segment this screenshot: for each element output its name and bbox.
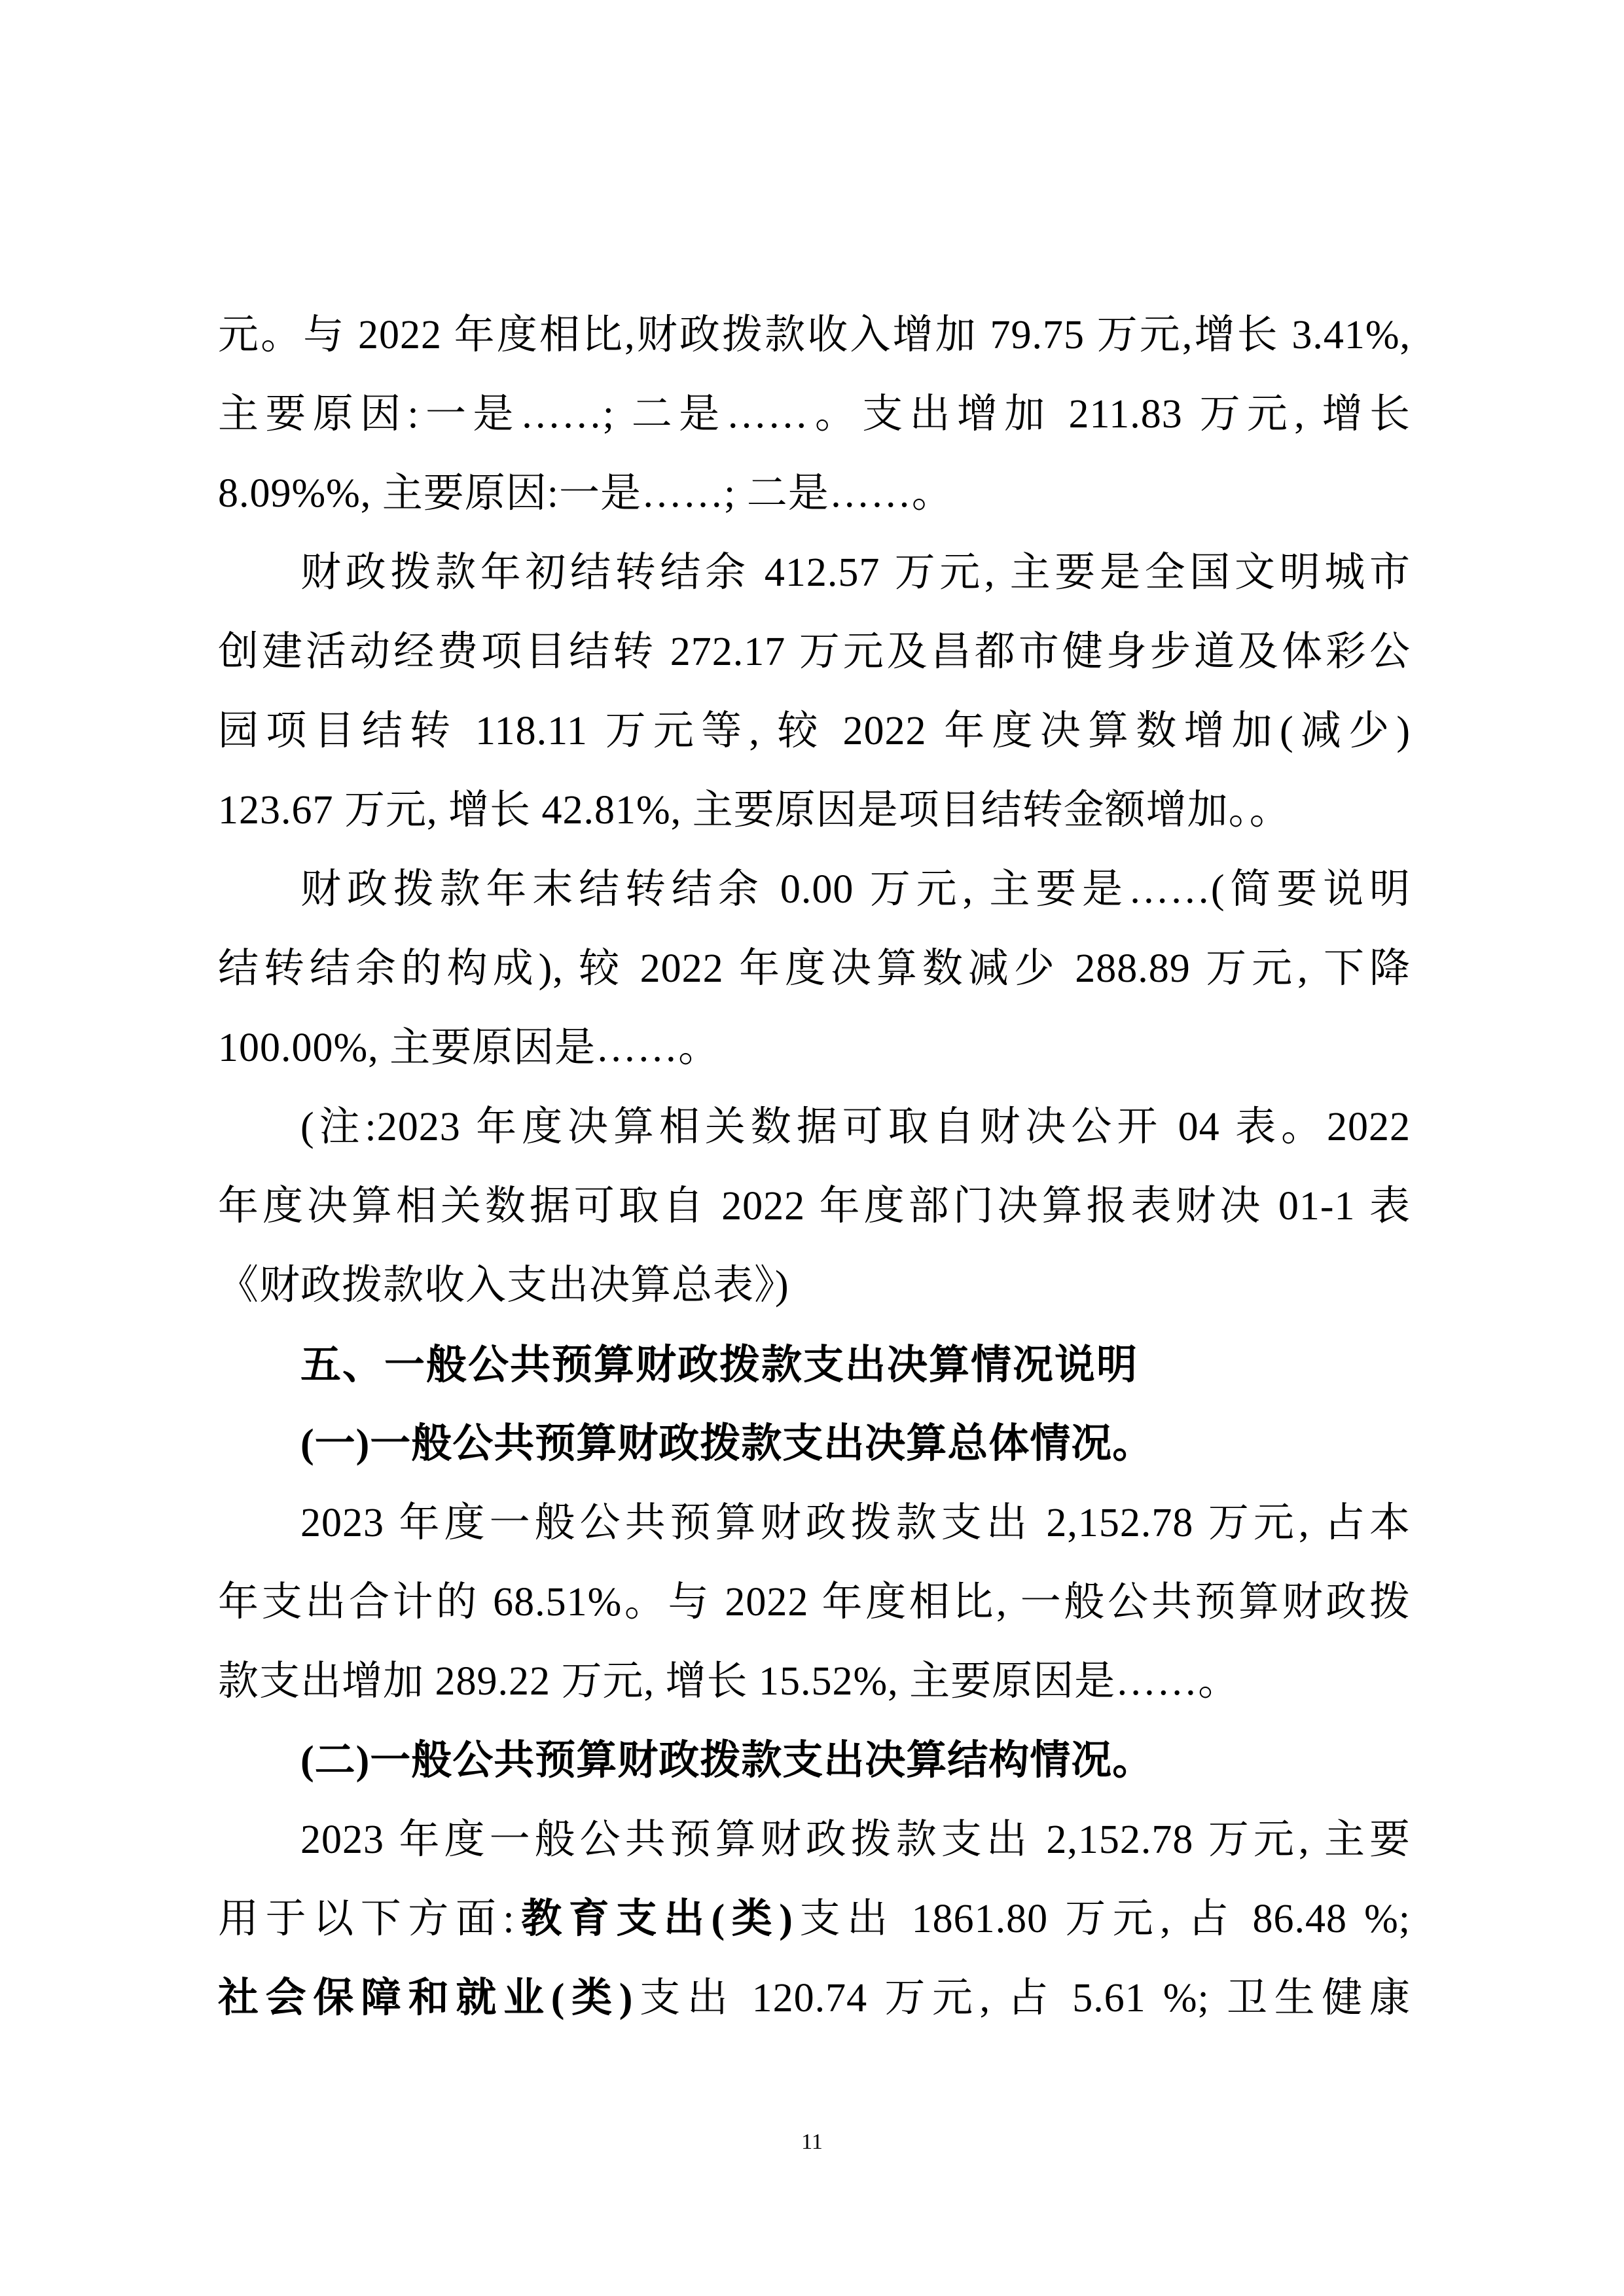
text-line: 创建活动经费项目结转 272.17 万元及昌都市健身步道及体彩公 bbox=[218, 613, 1411, 692]
text-line: 2023 年度一般公共预算财政拨款支出 2,152.78 万元, 占本 bbox=[218, 1484, 1411, 1563]
text-line: 用于以下方面:教育支出(类)支出 1861.80 万元, 占 86.48 %; bbox=[218, 1880, 1411, 1959]
text-line: 2023 年度一般公共预算财政拨款支出 2,152.78 万元, 主要 bbox=[218, 1801, 1411, 1880]
text-run: 支出 120.74 万元, 占 5.61 %; 卫生健康 bbox=[633, 1976, 1411, 2020]
text-line: 年度决算相关数据可取自 2022 年度部门决算报表财决 01-1 表 bbox=[218, 1167, 1411, 1246]
sub-section-heading: (二)一般公共预算财政拨款支出决算结构情况。 bbox=[218, 1721, 1411, 1801]
section-heading: 五、一般公共预算财政拨款支出决算情况说明 bbox=[218, 1325, 1411, 1405]
text-line: 年支出合计的 68.51%。与 2022 年度相比, 一般公共预算财政拨 bbox=[218, 1563, 1411, 1642]
bold-term: 社会保障和就业(类) bbox=[218, 1976, 633, 2020]
text-line: 元。与 2022 年度相比,财政拨款收入增加 79.75 万元,增长 3.41%… bbox=[218, 296, 1411, 375]
text-run: 支出 1861.80 万元, 占 86.48 %; bbox=[793, 1897, 1411, 1941]
document-body: 元。与 2022 年度相比,财政拨款收入增加 79.75 万元,增长 3.41%… bbox=[218, 296, 1411, 2038]
page-number: 11 bbox=[0, 2126, 1624, 2159]
text-line: 《财政拨款收入支出决算总表》) bbox=[218, 1246, 1411, 1325]
text-line: 园项目结转 118.11 万元等, 较 2022 年度决算数增加(减少) bbox=[218, 692, 1411, 771]
text-line: 财政拨款年末结转结余 0.00 万元, 主要是……(简要说明 bbox=[218, 850, 1411, 929]
text-line: (注:2023 年度决算相关数据可取自财决公开 04 表。2022 bbox=[218, 1088, 1411, 1167]
text-line: 100.00%, 主要原因是……。 bbox=[218, 1009, 1411, 1088]
text-run: 用于以下方面: bbox=[218, 1897, 515, 1941]
bold-term: 教育支出(类) bbox=[515, 1897, 793, 1941]
sub-section-heading: (一)一般公共预算财政拨款支出决算总体情况。 bbox=[218, 1405, 1411, 1484]
text-line: 结转结余的构成), 较 2022 年度决算数减少 288.89 万元, 下降 bbox=[218, 929, 1411, 1009]
text-line: 123.67 万元, 增长 42.81%, 主要原因是项目结转金额增加。。 bbox=[218, 771, 1411, 850]
text-line: 财政拨款年初结转结余 412.57 万元, 主要是全国文明城市 bbox=[218, 533, 1411, 613]
text-line: 款支出增加 289.22 万元, 增长 15.52%, 主要原因是……。 bbox=[218, 1642, 1411, 1721]
document-page: 元。与 2022 年度相比,财政拨款收入增加 79.75 万元,增长 3.41%… bbox=[0, 0, 1624, 2296]
text-line: 主要原因:一是……; 二是……。支出增加 211.83 万元, 增长 bbox=[218, 375, 1411, 454]
text-line: 8.09%%, 主要原因:一是……; 二是……。 bbox=[218, 454, 1411, 533]
text-line: 社会保障和就业(类)支出 120.74 万元, 占 5.61 %; 卫生健康 bbox=[218, 1959, 1411, 2038]
